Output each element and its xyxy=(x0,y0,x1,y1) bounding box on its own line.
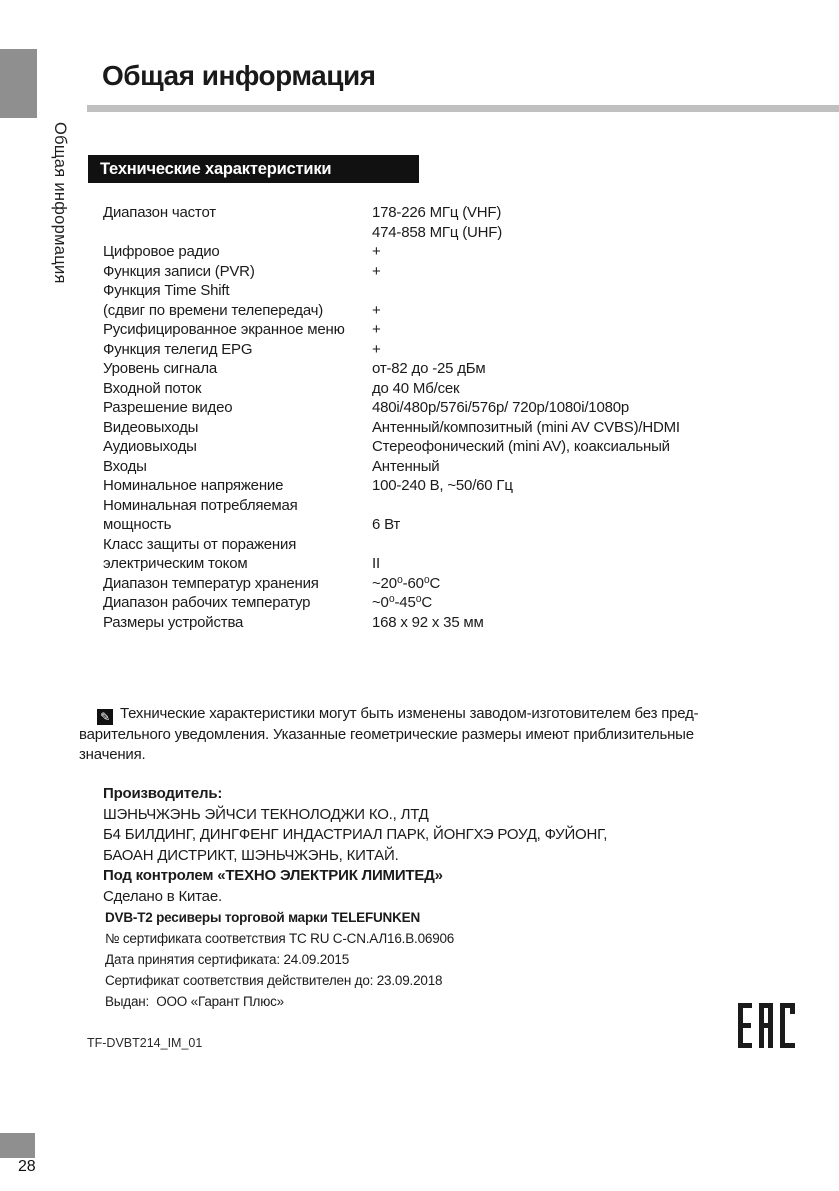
spec-row: Размеры устройства 168 x 92 x 35 мм xyxy=(103,613,823,633)
spec-label: Цифровое радио xyxy=(103,242,372,262)
spec-label: Функция телегид EPG xyxy=(103,340,372,360)
spec-row: Уровень сигнала от-82 до -25 дБм xyxy=(103,359,823,379)
spec-value: ~0⁰-45⁰С xyxy=(372,593,823,613)
spec-value: Стереофонический (mini AV), коаксиальный xyxy=(372,437,823,457)
spec-row: Диапазон температур хранения ~20⁰-60⁰С xyxy=(103,574,823,594)
manual-page: Общая информация Общая информация Технич… xyxy=(0,0,839,1191)
spec-label: Класс защиты от поражения xyxy=(103,535,372,555)
spec-label: Разрешение видео xyxy=(103,398,372,418)
spec-label: Видеовыходы xyxy=(103,418,372,438)
spec-row: Класс защиты от поражения xyxy=(103,535,823,555)
certificate-block: DVB-T2 ресиверы торговой марки TELEFUNKE… xyxy=(105,907,805,1012)
spec-label: электрическим током xyxy=(103,554,372,574)
spec-label: Диапазон температур хранения xyxy=(103,574,372,594)
spec-row: Видеовыходы Антенный/композитный (mini A… xyxy=(103,418,823,438)
eac-conformity-mark-icon xyxy=(738,1003,800,1048)
spec-table: Диапазон частот 178-226 МГц (VHF) 474-85… xyxy=(103,203,823,632)
spec-row: Разрешение видео 480i/480p/576i/576p/ 72… xyxy=(103,398,823,418)
chapter-tab-top xyxy=(0,49,37,118)
spec-value: 100-240 В, ~50/60 Гц xyxy=(372,476,823,496)
spec-label: Диапазон рабочих температур xyxy=(103,593,372,613)
spec-label: мощность xyxy=(103,515,372,535)
spec-row: мощность 6 Вт xyxy=(103,515,823,535)
section-heading-technical-specs: Технические характеристики xyxy=(88,155,419,183)
spec-value: Антенный/композитный (mini AV CVBS)/HDMI xyxy=(372,418,823,438)
note-line: ✎Технические характеристики могут быть и… xyxy=(79,704,819,725)
manufacturer-control-line: Под контролем «ТЕХНО ЭЛЕКТРИК ЛИМИТЕД» xyxy=(103,866,803,887)
spec-value: до 40 Мб/сек xyxy=(372,379,823,399)
spec-row: Номинальное напряжение 100-240 В, ~50/60… xyxy=(103,476,823,496)
note-text: Технические характеристики могут быть из… xyxy=(120,705,698,722)
spec-label: Уровень сигнала xyxy=(103,359,372,379)
spec-value xyxy=(372,496,823,516)
page-corner-tab xyxy=(0,1133,35,1158)
spec-row: Функция записи (PVR) + xyxy=(103,262,823,282)
manufacturer-line: Б4 БИЛДИНГ, ДИНГФЕНГ ИНДАСТРИАЛ ПАРК, ЙО… xyxy=(103,825,803,846)
spec-row: Диапазон частот 178-226 МГц (VHF) xyxy=(103,203,823,223)
spec-row: Номинальная потребляемая xyxy=(103,496,823,516)
spec-row: Диапазон рабочих температур ~0⁰-45⁰С xyxy=(103,593,823,613)
spec-value: 178-226 МГц (VHF) xyxy=(372,203,823,223)
spec-row: Входы Антенный xyxy=(103,457,823,477)
spec-row: Русифицированное экранное меню + xyxy=(103,320,823,340)
spec-label: Русифицированное экранное меню xyxy=(103,320,372,340)
spec-label: Функция Time Shift xyxy=(103,281,372,301)
spec-value: Антенный xyxy=(372,457,823,477)
spec-label: Номинальная потребляемая xyxy=(103,496,372,516)
spec-value: II xyxy=(372,554,823,574)
spec-value: от-82 до -25 дБм xyxy=(372,359,823,379)
spec-value: + xyxy=(372,262,823,282)
spec-value: + xyxy=(372,301,823,321)
spec-value xyxy=(372,535,823,555)
certificate-title: DVB-T2 ресиверы торговой марки TELEFUNKE… xyxy=(105,907,805,928)
manufacturer-heading: Производитель: xyxy=(103,784,803,805)
made-in-line: Сделано в Китае. xyxy=(103,887,803,908)
spec-row: Аудиовыходы Стереофонический (mini AV), … xyxy=(103,437,823,457)
spec-label: (сдвиг по времени телепередач) xyxy=(103,301,372,321)
page-title: Общая информация xyxy=(102,60,376,92)
manufacturer-block: Производитель: ШЭНЬЧЖЭНЬ ЭЙЧСИ ТЕКНОЛОДЖ… xyxy=(103,784,803,907)
spec-label: Диапазон частот xyxy=(103,203,372,223)
certificate-line: Сертификат соответствия действителен до:… xyxy=(105,970,805,991)
title-divider xyxy=(87,105,839,112)
spec-label: Входной поток xyxy=(103,379,372,399)
spec-label: Размеры устройства xyxy=(103,613,372,633)
spec-label: Номинальное напряжение xyxy=(103,476,372,496)
certificate-line: Дата принятия сертификата: 24.09.2015 xyxy=(105,949,805,970)
spec-row: Входной поток до 40 Мб/сек xyxy=(103,379,823,399)
spec-value: 6 Вт xyxy=(372,515,823,535)
spec-row: 474-858 МГц (UHF) xyxy=(103,223,823,243)
chapter-side-label: Общая информация xyxy=(50,122,69,332)
note-line: значения. xyxy=(79,745,819,765)
spec-value: + xyxy=(372,242,823,262)
manufacturer-line: ШЭНЬЧЖЭНЬ ЭЙЧСИ ТЕКНОЛОДЖИ КО., ЛТД xyxy=(103,805,803,826)
page-number: 28 xyxy=(18,1158,35,1176)
certificate-line: № сертификата соответствия ТС RU C-CN.АЛ… xyxy=(105,928,805,949)
spec-value: 474-858 МГц (UHF) xyxy=(372,223,823,243)
spec-value: + xyxy=(372,340,823,360)
spec-value xyxy=(372,281,823,301)
pencil-note-icon: ✎ xyxy=(97,709,113,725)
spec-label: Функция записи (PVR) xyxy=(103,262,372,282)
spec-label: Аудиовыходы xyxy=(103,437,372,457)
spec-row: Цифровое радио + xyxy=(103,242,823,262)
manufacturer-line: БАОАН ДИСТРИКТ, ШЭНЬЧЖЭНЬ, КИТАЙ. xyxy=(103,846,803,867)
spec-row: (сдвиг по времени телепередач) + xyxy=(103,301,823,321)
note-paragraph: ✎Технические характеристики могут быть и… xyxy=(79,704,819,765)
spec-value: + xyxy=(372,320,823,340)
spec-row: Функция Time Shift xyxy=(103,281,823,301)
spec-value: 480i/480p/576i/576p/ 720p/1080i/1080p xyxy=(372,398,823,418)
spec-label xyxy=(103,223,372,243)
spec-row: Функция телегид EPG + xyxy=(103,340,823,360)
note-line: варительного уведомления. Указанные геом… xyxy=(79,725,819,745)
document-code: TF-DVBT214_IM_01 xyxy=(87,1036,202,1050)
certificate-line: Выдан: ООО «Гарант Плюс» xyxy=(105,991,805,1012)
spec-row: электрическим током II xyxy=(103,554,823,574)
spec-value: ~20⁰-60⁰С xyxy=(372,574,823,594)
spec-value: 168 x 92 x 35 мм xyxy=(372,613,823,633)
spec-label: Входы xyxy=(103,457,372,477)
